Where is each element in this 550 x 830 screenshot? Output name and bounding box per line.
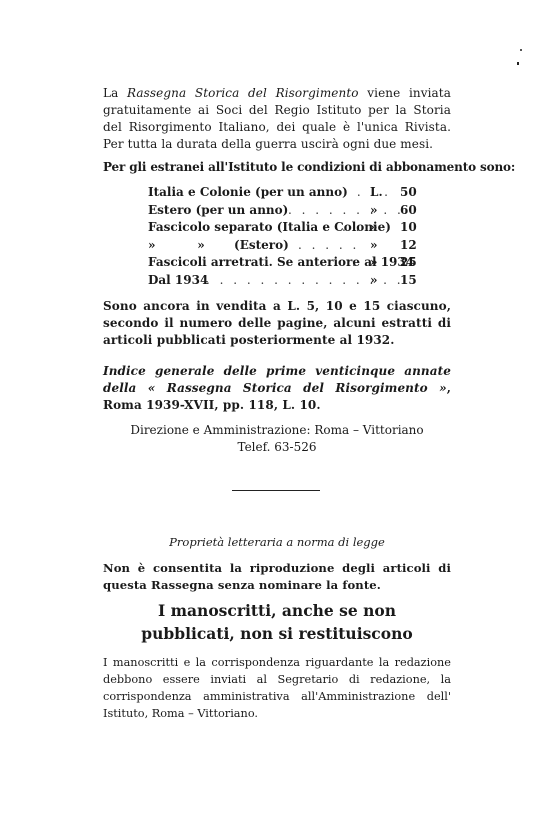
- price-row: Estero (per un anno) . . . . . . . . . »…: [148, 202, 448, 220]
- manuscripts-paragraph: I manoscritti e la corrispondenza riguar…: [103, 654, 451, 722]
- manuscripts-heading-line1: I manoscritti, anche se non: [103, 600, 451, 622]
- price-row: » » (Estero) . . . . . » 12: [148, 237, 448, 255]
- scan-speck: [520, 49, 522, 51]
- price-label: Dal 1934: [148, 272, 208, 290]
- price-unit: »: [370, 237, 378, 255]
- administration-address: Direzione e Amministrazione: Roma – Vitt…: [103, 422, 451, 439]
- leader-dots: . .: [342, 219, 362, 237]
- price-amount: 25: [400, 254, 417, 272]
- journal-title: Rassegna Storica del Risorgimento: [127, 86, 359, 100]
- administration-phone: Telef. 63-526: [103, 439, 451, 456]
- scan-speck: [517, 62, 519, 65]
- price-label: Estero (per un anno): [148, 202, 288, 220]
- intro-prefix: La: [103, 86, 127, 100]
- price-row: Dal 1934 . . . . . . . . . . . . . . . »…: [148, 272, 448, 290]
- section-divider: [232, 490, 320, 491]
- price-amount: 50: [400, 184, 417, 202]
- copyright-notice: Proprietà letteraria a norma di legge: [103, 534, 451, 551]
- manuscripts-heading-line2: pubblicati, non si restituiscono: [103, 623, 451, 645]
- price-amount: 10: [400, 219, 417, 237]
- price-amount: 12: [400, 237, 417, 255]
- price-unit: »: [370, 202, 378, 220]
- price-label: » » (Estero): [148, 237, 289, 255]
- reproduction-notice: Non è consentita la riproduzione degli a…: [103, 560, 451, 594]
- price-amount: 60: [400, 202, 417, 220]
- document-page: La Rassegna Storica del Risorgimento vie…: [0, 0, 550, 830]
- price-table: Italia e Colonie (per un anno) . . . . .…: [148, 184, 448, 290]
- price-row: Fascicolo separato (Italia e Colonie) . …: [148, 219, 448, 237]
- extracts-paragraph: Sono ancora in vendita a L. 5, 10 e 15 c…: [103, 298, 451, 349]
- price-unit: »: [370, 219, 378, 237]
- intro-paragraph: La Rassegna Storica del Risorgimento vie…: [103, 85, 451, 153]
- price-unit: L.: [370, 184, 383, 202]
- leader-dots: . . . . . . . . .: [288, 202, 404, 220]
- index-paragraph: Indice generale delle prime venticinque …: [103, 363, 451, 414]
- price-unit: »: [370, 254, 378, 272]
- price-row: Italia e Colonie (per un anno) . . . . .…: [148, 184, 448, 202]
- price-unit: »: [370, 272, 378, 290]
- price-amount: 15: [400, 272, 417, 290]
- subscription-heading: Per gli estranei all'Istituto le condizi…: [103, 159, 451, 176]
- index-title: Indice generale delle prime venticinque …: [103, 364, 451, 395]
- leader-dots: . . . . .: [298, 237, 359, 255]
- price-row: Fascicoli arretrati. Se anteriore al 193…: [148, 254, 448, 272]
- leader-dots: .: [352, 254, 359, 272]
